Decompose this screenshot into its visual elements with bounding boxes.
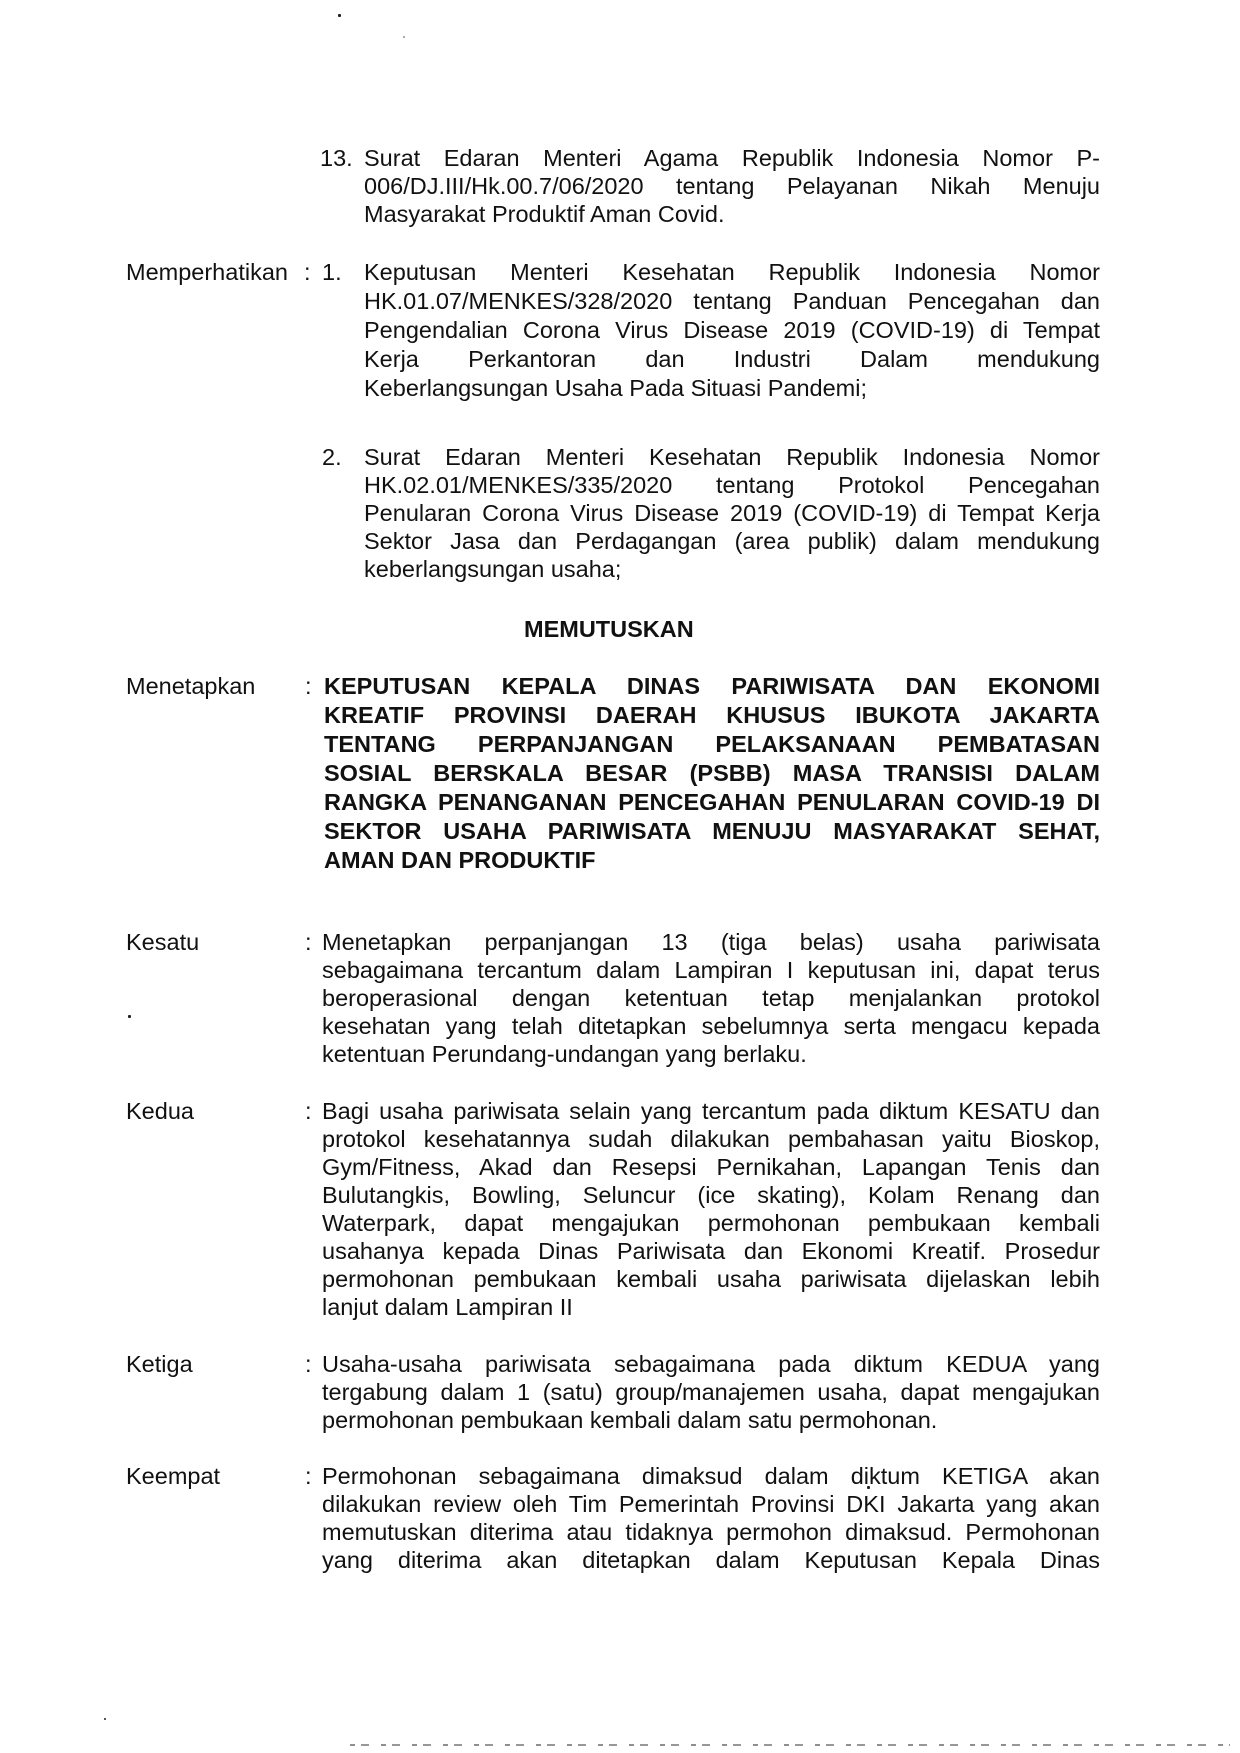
item-text-line: Masyarakat Produktif Aman Covid. [364,200,725,228]
item-text-line: Sektor Jasa dan Perdagangan (area publik… [364,527,1100,555]
diktum-colon: : [305,1350,312,1378]
decree-title-line: SOSIAL BERSKALA BESAR (PSBB) MASA TRANSI… [324,759,1100,787]
scan-speck [338,14,341,17]
diktum-text-line: beroperasional dengan ketentuan tetap me… [322,984,1100,1012]
item-text-line: Keputusan Menteri Kesehatan Republik Ind… [364,258,1100,286]
section-colon: : [304,258,311,286]
diktum-text-line: Gym/Fitness, Akad dan Resepsi Pernikahan… [322,1153,1100,1181]
item-number: 1. [322,258,342,286]
diktum-text-line: usahanya kepada Dinas Pariwisata dan Eko… [322,1237,1100,1265]
diktum-label: Ketiga [126,1350,193,1378]
section-label: Menetapkan [126,672,255,700]
diktum-text-line: ketentuan Perundang-undangan yang berlak… [322,1040,807,1068]
diktum-text-line: yang diterima akan ditetapkan dalam Kepu… [322,1546,1100,1574]
diktum-colon: : [305,1097,312,1125]
item-text-line: Pengendalian Corona Virus Disease 2019 (… [364,316,1100,344]
diktum-text-line: lanjut dalam Lampiran II [322,1293,573,1321]
diktum-text-line: Waterpark, dapat mengajukan permohonan p… [322,1209,1100,1237]
diktum-text-line: protokol kesehatannya sudah dilakukan pe… [322,1125,1100,1153]
diktum-label: Kedua [126,1097,194,1125]
diktum-label: Kesatu [126,928,199,956]
diktum-text-line: Usaha-usaha pariwisata sebagaimana pada … [322,1350,1100,1378]
scan-speck [104,1718,106,1720]
section-label: Memperhatikan [126,258,288,286]
diktum-label: Keempat [126,1462,220,1490]
decree-title-line: KEPUTUSAN KEPALA DINAS PARIWISATA DAN EK… [324,672,1100,700]
diktum-text-line: tergabung dalam 1 (satu) group/manajemen… [322,1378,1100,1406]
scan-artifact-footer [350,1744,1230,1746]
diktum-text-line: Bulutangkis, Bowling, Seluncur (ice skat… [322,1181,1100,1209]
item-text-line: 006/DJ.III/Hk.00.7/06/2020 tentang Pelay… [364,172,1100,200]
item-text-line: HK.01.07/MENKES/328/2020 tentang Panduan… [364,287,1100,315]
diktum-text-line: Permohonan sebagaimana dimaksud dalam di… [322,1462,1100,1490]
item-text-line: Surat Edaran Menteri Agama Republik Indo… [364,144,1100,172]
section-colon: : [305,672,312,700]
memutuskan-heading: MEMUTUSKAN [524,615,694,643]
diktum-text-line: Menetapkan perpanjangan 13 (tiga belas) … [322,928,1100,956]
diktum-colon: : [305,928,312,956]
item-text-line: Kerja Perkantoran dan Industri Dalam men… [364,345,1100,373]
scan-speck [128,1015,131,1018]
scan-speck [403,36,405,38]
item-text-line: keberlangsungan usaha; [364,555,621,583]
diktum-colon: : [305,1462,312,1490]
diktum-text-line: Bagi usaha pariwisata selain yang tercan… [322,1097,1100,1125]
item-text-line: HK.02.01/MENKES/335/2020 tentang Protoko… [364,471,1100,499]
decree-title-line: SEKTOR USAHA PARIWISATA MENUJU MASYARAKA… [324,817,1100,845]
diktum-text-line: memutuskan diterima atau tidaknya permoh… [322,1518,1100,1546]
item-number: 13. [320,144,353,172]
diktum-text-line: sebagaimana tercantum dalam Lampiran I k… [322,956,1100,984]
decree-title-line: TENTANG PERPANJANGAN PELAKSANAAN PEMBATA… [324,730,1100,758]
decree-title-line: AMAN DAN PRODUKTIF [324,846,596,874]
diktum-text-line: permohonan pembukaan kembali dalam satu … [322,1406,937,1434]
diktum-text-line: permohonan pembukaan kembali usaha pariw… [322,1265,1100,1293]
item-number: 2. [322,443,342,471]
diktum-text-line: kesehatan yang telah ditetapkan sebelumn… [322,1012,1100,1040]
decree-title-line: RANGKA PENANGANAN PENCEGAHAN PENULARAN C… [324,788,1100,816]
item-text-line: Keberlangsungan Usaha Pada Situasi Pande… [364,374,867,402]
decree-title-line: KREATIF PROVINSI DAERAH KHUSUS IBUKOTA J… [324,701,1100,729]
item-text-line: Surat Edaran Menteri Kesehatan Republik … [364,443,1100,471]
diktum-text-line: dilakukan review oleh Tim Pemerintah Pro… [322,1490,1100,1518]
item-text-line: Penularan Corona Virus Disease 2019 (COV… [364,499,1100,527]
